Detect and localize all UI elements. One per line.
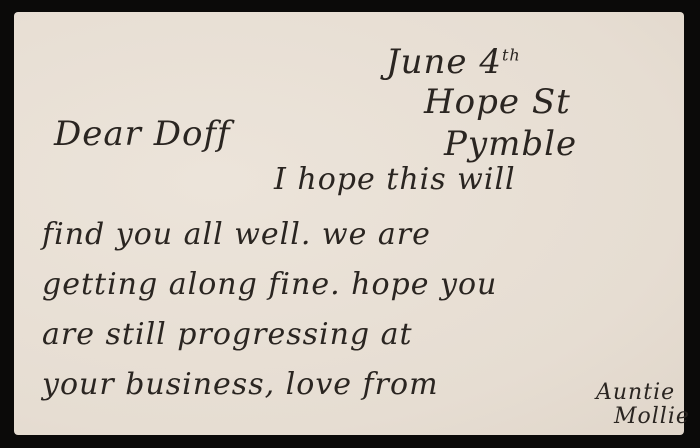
address-suburb: Pymble — [444, 124, 577, 164]
body-line-4: are still progressing at — [42, 317, 413, 352]
date: June 4th — [386, 42, 521, 82]
signature-mollie: Mollie — [614, 404, 690, 429]
address-street: Hope St — [424, 82, 571, 122]
date-text: June 4 — [386, 42, 502, 82]
body-line-5: your business, love from — [42, 367, 439, 402]
date-suffix: th — [502, 46, 521, 65]
body-line-1: I hope this will — [274, 162, 516, 197]
signature-auntie: Auntie — [596, 380, 675, 405]
salutation: Dear Doff — [54, 114, 231, 154]
postcard: June 4th Hope St Pymble Dear Doff I hope… — [14, 12, 684, 435]
body-line-3: getting along fine. hope you — [42, 267, 497, 302]
body-line-2: find you all well. we are — [42, 217, 431, 252]
